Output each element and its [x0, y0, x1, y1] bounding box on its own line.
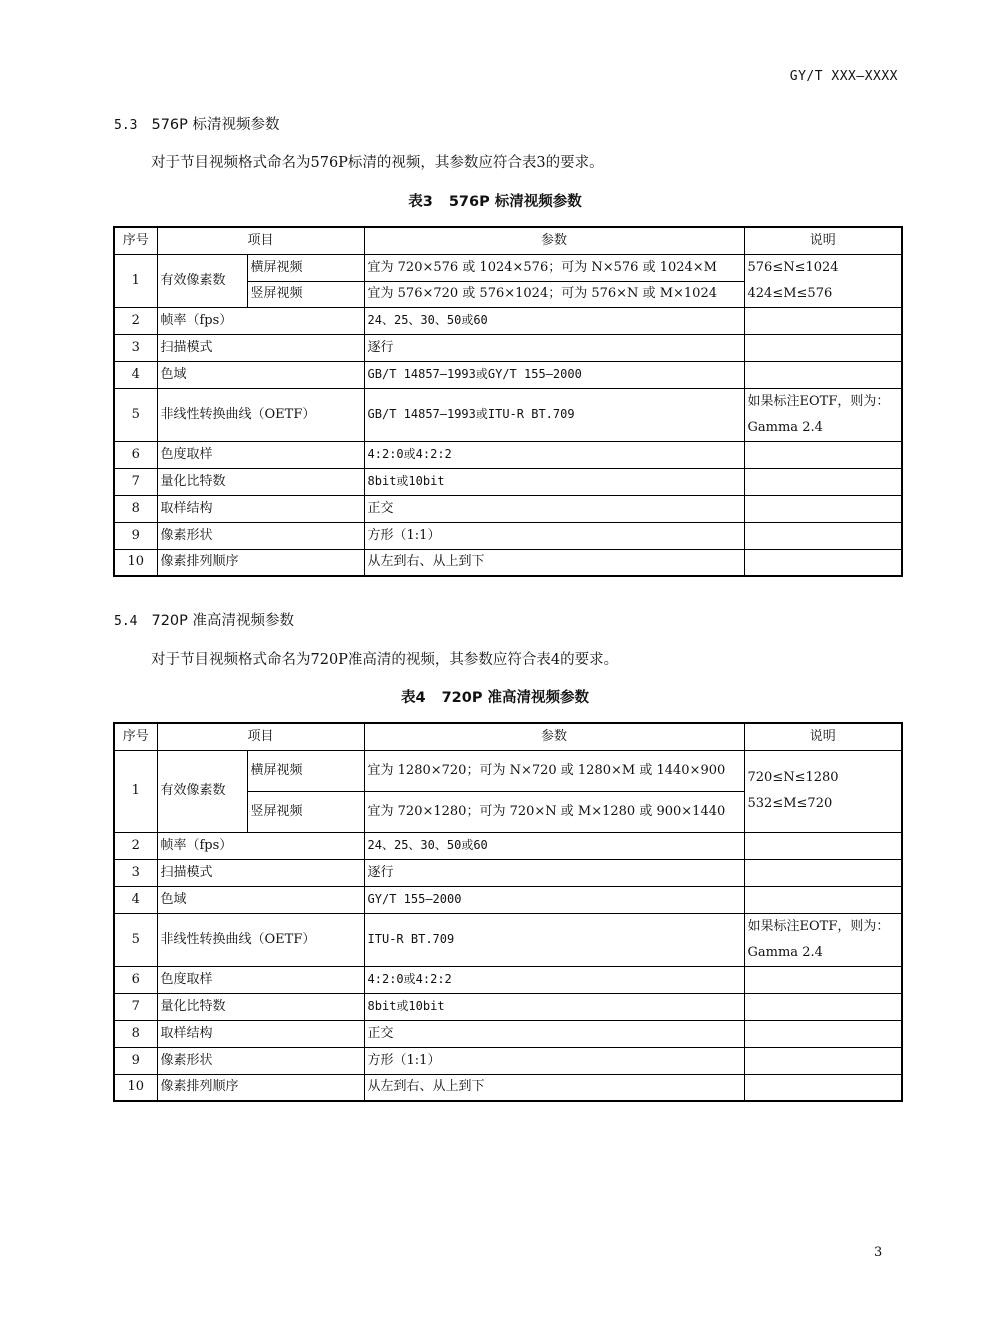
note-line: 532≤M≤720 [748, 791, 899, 817]
table-row: 6 色度取样 4:2:0或4:2:2 [114, 966, 902, 993]
cell-note [744, 966, 902, 993]
cell-value: 从左到右、从上到下 [364, 1074, 744, 1101]
cell-note [744, 307, 902, 334]
cell-item: 帧率（fps） [157, 832, 364, 859]
table-caption: 表4720P 准高清视频参数 [0, 686, 990, 707]
cell-item: 扫描模式 [157, 859, 364, 886]
table-header-row: 序号 项目 参数 说明 [114, 227, 902, 254]
column-header-note: 说明 [744, 227, 902, 254]
section-number: 5.4 [114, 614, 137, 629]
cell-subitem-landscape: 横屏视频 [247, 254, 364, 281]
cell-value: 正交 [364, 495, 744, 522]
cell-value: ITU-R BT.709 [364, 913, 744, 966]
cell-note [744, 1047, 902, 1074]
cell-item: 色度取样 [157, 441, 364, 468]
cell-note [744, 468, 902, 495]
cell-no: 3 [114, 334, 157, 361]
section-heading-5-3: 5.3576P 标清视频参数 [114, 113, 280, 134]
table-row: 3 扫描模式 逐行 [114, 859, 902, 886]
column-header-note: 说明 [744, 723, 902, 750]
cell-no: 9 [114, 1047, 157, 1074]
column-header-no: 序号 [114, 723, 157, 750]
cell-note: 如果标注EOTF，则为： Gamma 2.4 [744, 388, 902, 441]
column-header-no: 序号 [114, 227, 157, 254]
cell-no: 8 [114, 1020, 157, 1047]
table-row: 1 有效像素数 横屏视频 宜为 1280×720；可为 N×720 或 1280… [114, 750, 902, 791]
note-line: 576≤N≤1024 [748, 255, 899, 281]
cell-value: 逐行 [364, 859, 744, 886]
cell-item: 量化比特数 [157, 993, 364, 1020]
cell-value: 从左到右、从上到下 [364, 549, 744, 576]
cell-item: 像素排列顺序 [157, 1074, 364, 1101]
cell-no: 4 [114, 361, 157, 388]
table-row: 10 像素排列顺序 从左到右、从上到下 [114, 549, 902, 576]
cell-value: 24、25、30、50或60 [364, 307, 744, 334]
cell-no: 5 [114, 913, 157, 966]
section-title: 576P 标清视频参数 [151, 117, 279, 133]
cell-no: 2 [114, 307, 157, 334]
cell-note [744, 334, 902, 361]
cell-note [744, 495, 902, 522]
note-line: 424≤M≤576 [748, 281, 899, 307]
cell-value: 宜为 720×576 或 1024×576；可为 N×576 或 1024×M [364, 254, 744, 281]
table-caption-title: 720P 准高清视频参数 [442, 690, 589, 706]
cell-note [744, 549, 902, 576]
cell-note [744, 1020, 902, 1047]
table-row: 5 非线性转换曲线（OETF） ITU-R BT.709 如果标注EOTF，则为… [114, 913, 902, 966]
section-heading-5-4: 5.4720P 准高清视频参数 [114, 609, 294, 630]
note-line: 720≤N≤1280 [748, 765, 899, 791]
column-header-item: 项目 [157, 227, 364, 254]
section-paragraph: 对于节目视频格式命名为576P标清的视频，其参数应符合表3的要求。 [151, 151, 604, 172]
cell-note [744, 859, 902, 886]
table-caption: 表3576P 标清视频参数 [0, 190, 990, 211]
column-header-value: 参数 [364, 227, 744, 254]
cell-note [744, 522, 902, 549]
note-line: 如果标注EOTF，则为： [748, 389, 899, 415]
cell-value: GB/T 14857—1993或GY/T 155—2000 [364, 361, 744, 388]
table-720p: 序号 项目 参数 说明 1 有效像素数 横屏视频 宜为 1280×720；可为 … [113, 722, 903, 1102]
table-row: 1 有效像素数 横屏视频 宜为 720×576 或 1024×576；可为 N×… [114, 254, 902, 281]
table-caption-label: 表3 [408, 194, 433, 210]
cell-note [744, 886, 902, 913]
cell-item: 色度取样 [157, 966, 364, 993]
cell-value: 8bit或10bit [364, 468, 744, 495]
cell-value: 宜为 576×720 或 576×1024；可为 576×N 或 M×1024 [364, 281, 744, 307]
table-row: 8 取样结构 正交 [114, 1020, 902, 1047]
table-header-row: 序号 项目 参数 说明 [114, 723, 902, 750]
cell-no: 7 [114, 993, 157, 1020]
column-header-item: 项目 [157, 723, 364, 750]
table-row: 4 色域 GB/T 14857—1993或GY/T 155—2000 [114, 361, 902, 388]
cell-item: 有效像素数 [157, 254, 247, 307]
cell-value: 正交 [364, 1020, 744, 1047]
table-row: 2 帧率（fps） 24、25、30、50或60 [114, 307, 902, 334]
cell-no: 1 [114, 254, 157, 307]
cell-no: 6 [114, 441, 157, 468]
cell-subitem-landscape: 横屏视频 [247, 750, 364, 791]
cell-no: 3 [114, 859, 157, 886]
cell-no: 4 [114, 886, 157, 913]
cell-value: 8bit或10bit [364, 993, 744, 1020]
table-row: 2 帧率（fps） 24、25、30、50或60 [114, 832, 902, 859]
cell-note [744, 832, 902, 859]
cell-no: 6 [114, 966, 157, 993]
cell-note: 576≤N≤1024 424≤M≤576 [744, 254, 902, 307]
cell-subitem-portrait: 竖屏视频 [247, 791, 364, 832]
table-row: 8 取样结构 正交 [114, 495, 902, 522]
cell-value: 逐行 [364, 334, 744, 361]
cell-value: 方形（1:1） [364, 1047, 744, 1074]
cell-value: 4:2:0或4:2:2 [364, 441, 744, 468]
cell-no: 10 [114, 549, 157, 576]
cell-item: 像素排列顺序 [157, 549, 364, 576]
cell-item: 扫描模式 [157, 334, 364, 361]
cell-value: 方形（1:1） [364, 522, 744, 549]
section-number: 5.3 [114, 118, 137, 133]
cell-item: 取样结构 [157, 495, 364, 522]
cell-note [744, 441, 902, 468]
table-row: 9 像素形状 方形（1:1） [114, 522, 902, 549]
note-line: Gamma 2.4 [748, 415, 899, 441]
cell-value: 4:2:0或4:2:2 [364, 966, 744, 993]
table-caption-title: 576P 标清视频参数 [449, 194, 582, 210]
cell-item: 像素形状 [157, 522, 364, 549]
cell-item: 像素形状 [157, 1047, 364, 1074]
cell-value: 宜为 1280×720；可为 N×720 或 1280×M 或 1440×900 [364, 750, 744, 791]
note-line: 如果标注EOTF，则为： [748, 914, 899, 940]
cell-item: 色域 [157, 886, 364, 913]
section-title: 720P 准高清视频参数 [151, 613, 294, 629]
cell-note: 如果标注EOTF，则为： Gamma 2.4 [744, 913, 902, 966]
cell-no: 1 [114, 750, 157, 832]
cell-no: 7 [114, 468, 157, 495]
cell-item: 非线性转换曲线（OETF） [157, 388, 364, 441]
cell-value: GY/T 155—2000 [364, 886, 744, 913]
cell-value: GB/T 14857—1993或ITU-R BT.709 [364, 388, 744, 441]
table-row: 4 色域 GY/T 155—2000 [114, 886, 902, 913]
table-row: 9 像素形状 方形（1:1） [114, 1047, 902, 1074]
table-caption-label: 表4 [401, 690, 426, 706]
table-row: 3 扫描模式 逐行 [114, 334, 902, 361]
cell-subitem-portrait: 竖屏视频 [247, 281, 364, 307]
cell-item: 帧率（fps） [157, 307, 364, 334]
cell-value: 宜为 720×1280；可为 720×N 或 M×1280 或 900×1440 [364, 791, 744, 832]
cell-item: 取样结构 [157, 1020, 364, 1047]
column-header-value: 参数 [364, 723, 744, 750]
table-row: 5 非线性转换曲线（OETF） GB/T 14857—1993或ITU-R BT… [114, 388, 902, 441]
cell-item: 色域 [157, 361, 364, 388]
table-row: 7 量化比特数 8bit或10bit [114, 993, 902, 1020]
page-number: 3 [874, 1245, 882, 1260]
cell-item: 非线性转换曲线（OETF） [157, 913, 364, 966]
section-paragraph: 对于节目视频格式命名为720P准高清的视频，其参数应符合表4的要求。 [151, 648, 618, 669]
cell-no: 5 [114, 388, 157, 441]
cell-note: 720≤N≤1280 532≤M≤720 [744, 750, 902, 832]
table-row: 7 量化比特数 8bit或10bit [114, 468, 902, 495]
cell-no: 2 [114, 832, 157, 859]
cell-no: 8 [114, 495, 157, 522]
cell-note [744, 993, 902, 1020]
cell-item: 量化比特数 [157, 468, 364, 495]
document-code: GY/T XXX—XXXX [790, 69, 898, 84]
table-row: 10 像素排列顺序 从左到右、从上到下 [114, 1074, 902, 1101]
table-row: 6 色度取样 4:2:0或4:2:2 [114, 441, 902, 468]
cell-no: 10 [114, 1074, 157, 1101]
cell-item: 有效像素数 [157, 750, 247, 832]
cell-note [744, 361, 902, 388]
cell-value: 24、25、30、50或60 [364, 832, 744, 859]
note-line: Gamma 2.4 [748, 940, 899, 966]
table-576p: 序号 项目 参数 说明 1 有效像素数 横屏视频 宜为 720×576 或 10… [113, 226, 903, 577]
cell-note [744, 1074, 902, 1101]
cell-no: 9 [114, 522, 157, 549]
